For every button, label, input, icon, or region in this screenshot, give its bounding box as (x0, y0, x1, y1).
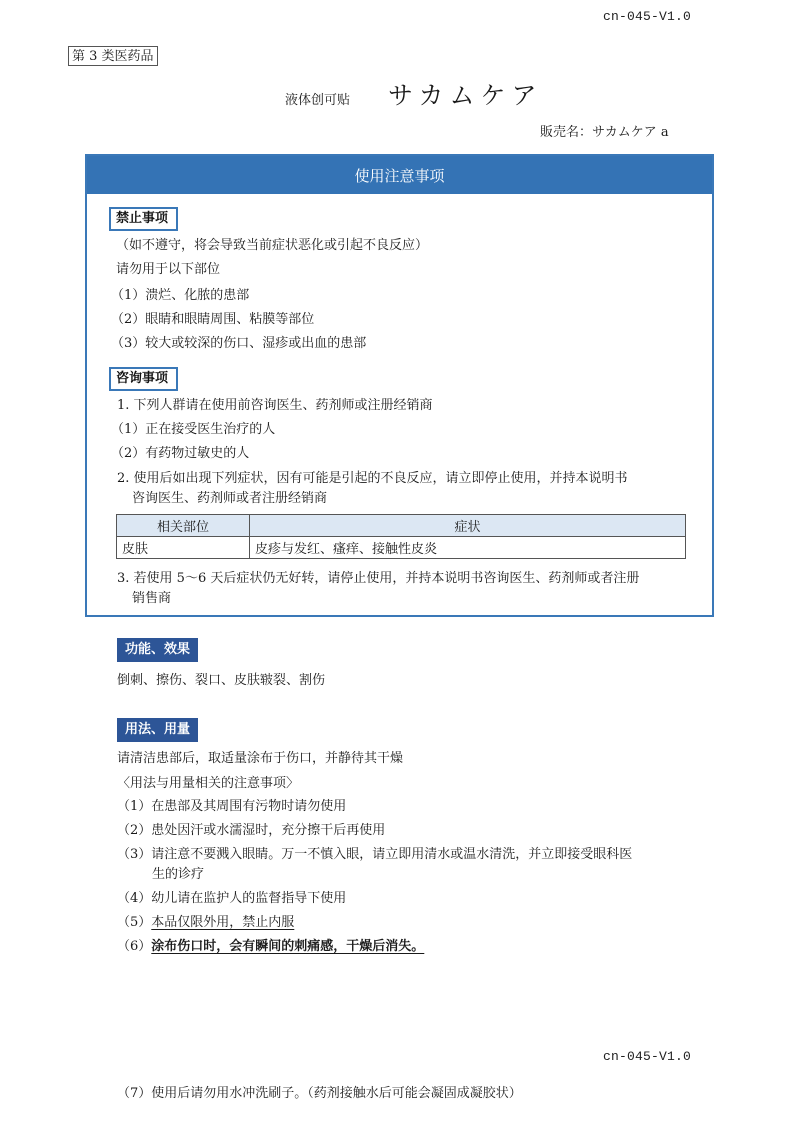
note-number: （2） (117, 823, 151, 838)
product-title: 液体创可贴 サカムケア (285, 76, 543, 112)
usage-caution-box: 使用注意事项 禁止事项 （如不遵守，将会导致当前症状恶化或引起不良反应） 请勿用… (85, 154, 714, 617)
usage-notes-title: 〈用法与用量相关的注意事项〉 (117, 775, 299, 792)
cell-symptom: 皮疹与发红、瘙痒、接触性皮炎 (250, 537, 686, 559)
prohibited-note: （如不遵守，将会导致当前症状恶化或引起不良反应） (116, 237, 428, 254)
consult-item-3: 3. 若使用 5～6 天后症状仍无好转，请停止使用，并持本说明书咨询医生、药剂师… (117, 570, 639, 587)
column-header-symptom: 症状 (250, 515, 686, 537)
note-text: 请注意不要溅入眼睛。万一不慎入眼，请立即用清水或温水清洗，并立即接受眼科医 (151, 847, 632, 862)
table-header-row: 相关部位 症状 (117, 515, 686, 537)
consult-sub-item: （1）正在接受医生治疗的人 (111, 421, 275, 438)
prohibited-item: （1）溃烂、化脓的患部 (111, 287, 249, 304)
consult-sub-item: （2）有药物过敏史的人 (111, 445, 249, 462)
usage-note: （5）本品仅限外用，禁止内服 (117, 914, 294, 931)
usage-tag: 用法、用量 (117, 718, 198, 742)
consult-item-2: 2. 使用后如出现下列症状，因有可能是引起的不良反应，请立即停止使用，并持本说明… (117, 470, 628, 487)
usage-note: （3）请注意不要溅入眼睛。万一不慎入眼，请立即用清水或温水清洗，并立即接受眼科医 (117, 846, 632, 863)
sales-name: 販売名：サカムケア a (540, 121, 669, 140)
consult-item-2-cont: 咨询医生、药剂师或者注册经销商 (132, 490, 327, 507)
note-text: 幼儿请在监护人的监督指导下使用 (151, 891, 346, 906)
usage-note: （2）患处因汗或水濡湿时，充分擦干后再使用 (117, 822, 385, 839)
consult-item-3-cont: 销售商 (132, 590, 171, 607)
table-row: 皮肤 皮疹与发红、瘙痒、接触性皮炎 (117, 537, 686, 559)
note-number: （6） (117, 939, 151, 954)
efficacy-text: 倒刺、擦伤、裂口、皮肤皲裂、割伤 (117, 672, 325, 689)
note-text-emphasized: 涂布伤口时，会有瞬间的刺痛感，干燥后消失。 (151, 939, 424, 954)
usage-note: （6）涂布伤口时，会有瞬间的刺痛感，干燥后消失。 (117, 938, 424, 955)
usage-note-cont: 生的诊疗 (152, 866, 204, 883)
drug-category-badge: 第 3 类医药品 (68, 46, 158, 66)
product-name: サカムケア (388, 76, 543, 112)
note-number: （1） (117, 799, 151, 814)
usage-text: 请清洁患部后，取适量涂布于伤口，并静待其干燥 (117, 750, 403, 767)
usage-note: （4）幼儿请在监护人的监督指导下使用 (117, 890, 346, 907)
usage-note: （7）使用后请勿用水冲洗刷子。（药剂接触水后可能会凝固成凝胶状） (117, 1085, 522, 1102)
document-code-bottom: cn-045-V1.0 (603, 1049, 691, 1064)
note-text-underlined: 本品仅限外用，禁止内服 (151, 915, 294, 930)
efficacy-tag: 功能、效果 (117, 638, 198, 662)
note-number: （4） (117, 891, 151, 906)
note-number: （5） (117, 915, 151, 930)
prohibited-intro: 请勿用于以下部位 (116, 261, 220, 278)
note-text: 患处因汗或水濡湿时，充分擦干后再使用 (151, 823, 385, 838)
prohibited-item: （3）较大或较深的伤口、湿疹或出血的患部 (111, 335, 366, 352)
prohibited-tag: 禁止事项 (109, 207, 178, 231)
note-number: （7） (117, 1086, 151, 1101)
column-header-site: 相关部位 (117, 515, 250, 537)
usage-note: （1）在患部及其周围有污物时请勿使用 (117, 798, 346, 815)
document-code-top: cn-045-V1.0 (603, 9, 691, 24)
consult-tag: 咨询事项 (109, 367, 178, 391)
note-text: 在患部及其周围有污物时请勿使用 (151, 799, 346, 814)
consult-item-1: 1. 下列人群请在使用前咨询医生、药剂师或注册经销商 (117, 397, 433, 414)
caution-header: 使用注意事项 (87, 156, 712, 194)
prohibited-item: （2）眼睛和眼睛周围、粘膜等部位 (111, 311, 314, 328)
symptom-table: 相关部位 症状 皮肤 皮疹与发红、瘙痒、接触性皮炎 (116, 514, 686, 559)
cell-site: 皮肤 (117, 537, 250, 559)
product-type: 液体创可贴 (285, 89, 350, 108)
note-text: 使用后请勿用水冲洗刷子。（药剂接触水后可能会凝固成凝胶状） (151, 1086, 522, 1101)
note-number: （3） (117, 847, 151, 862)
